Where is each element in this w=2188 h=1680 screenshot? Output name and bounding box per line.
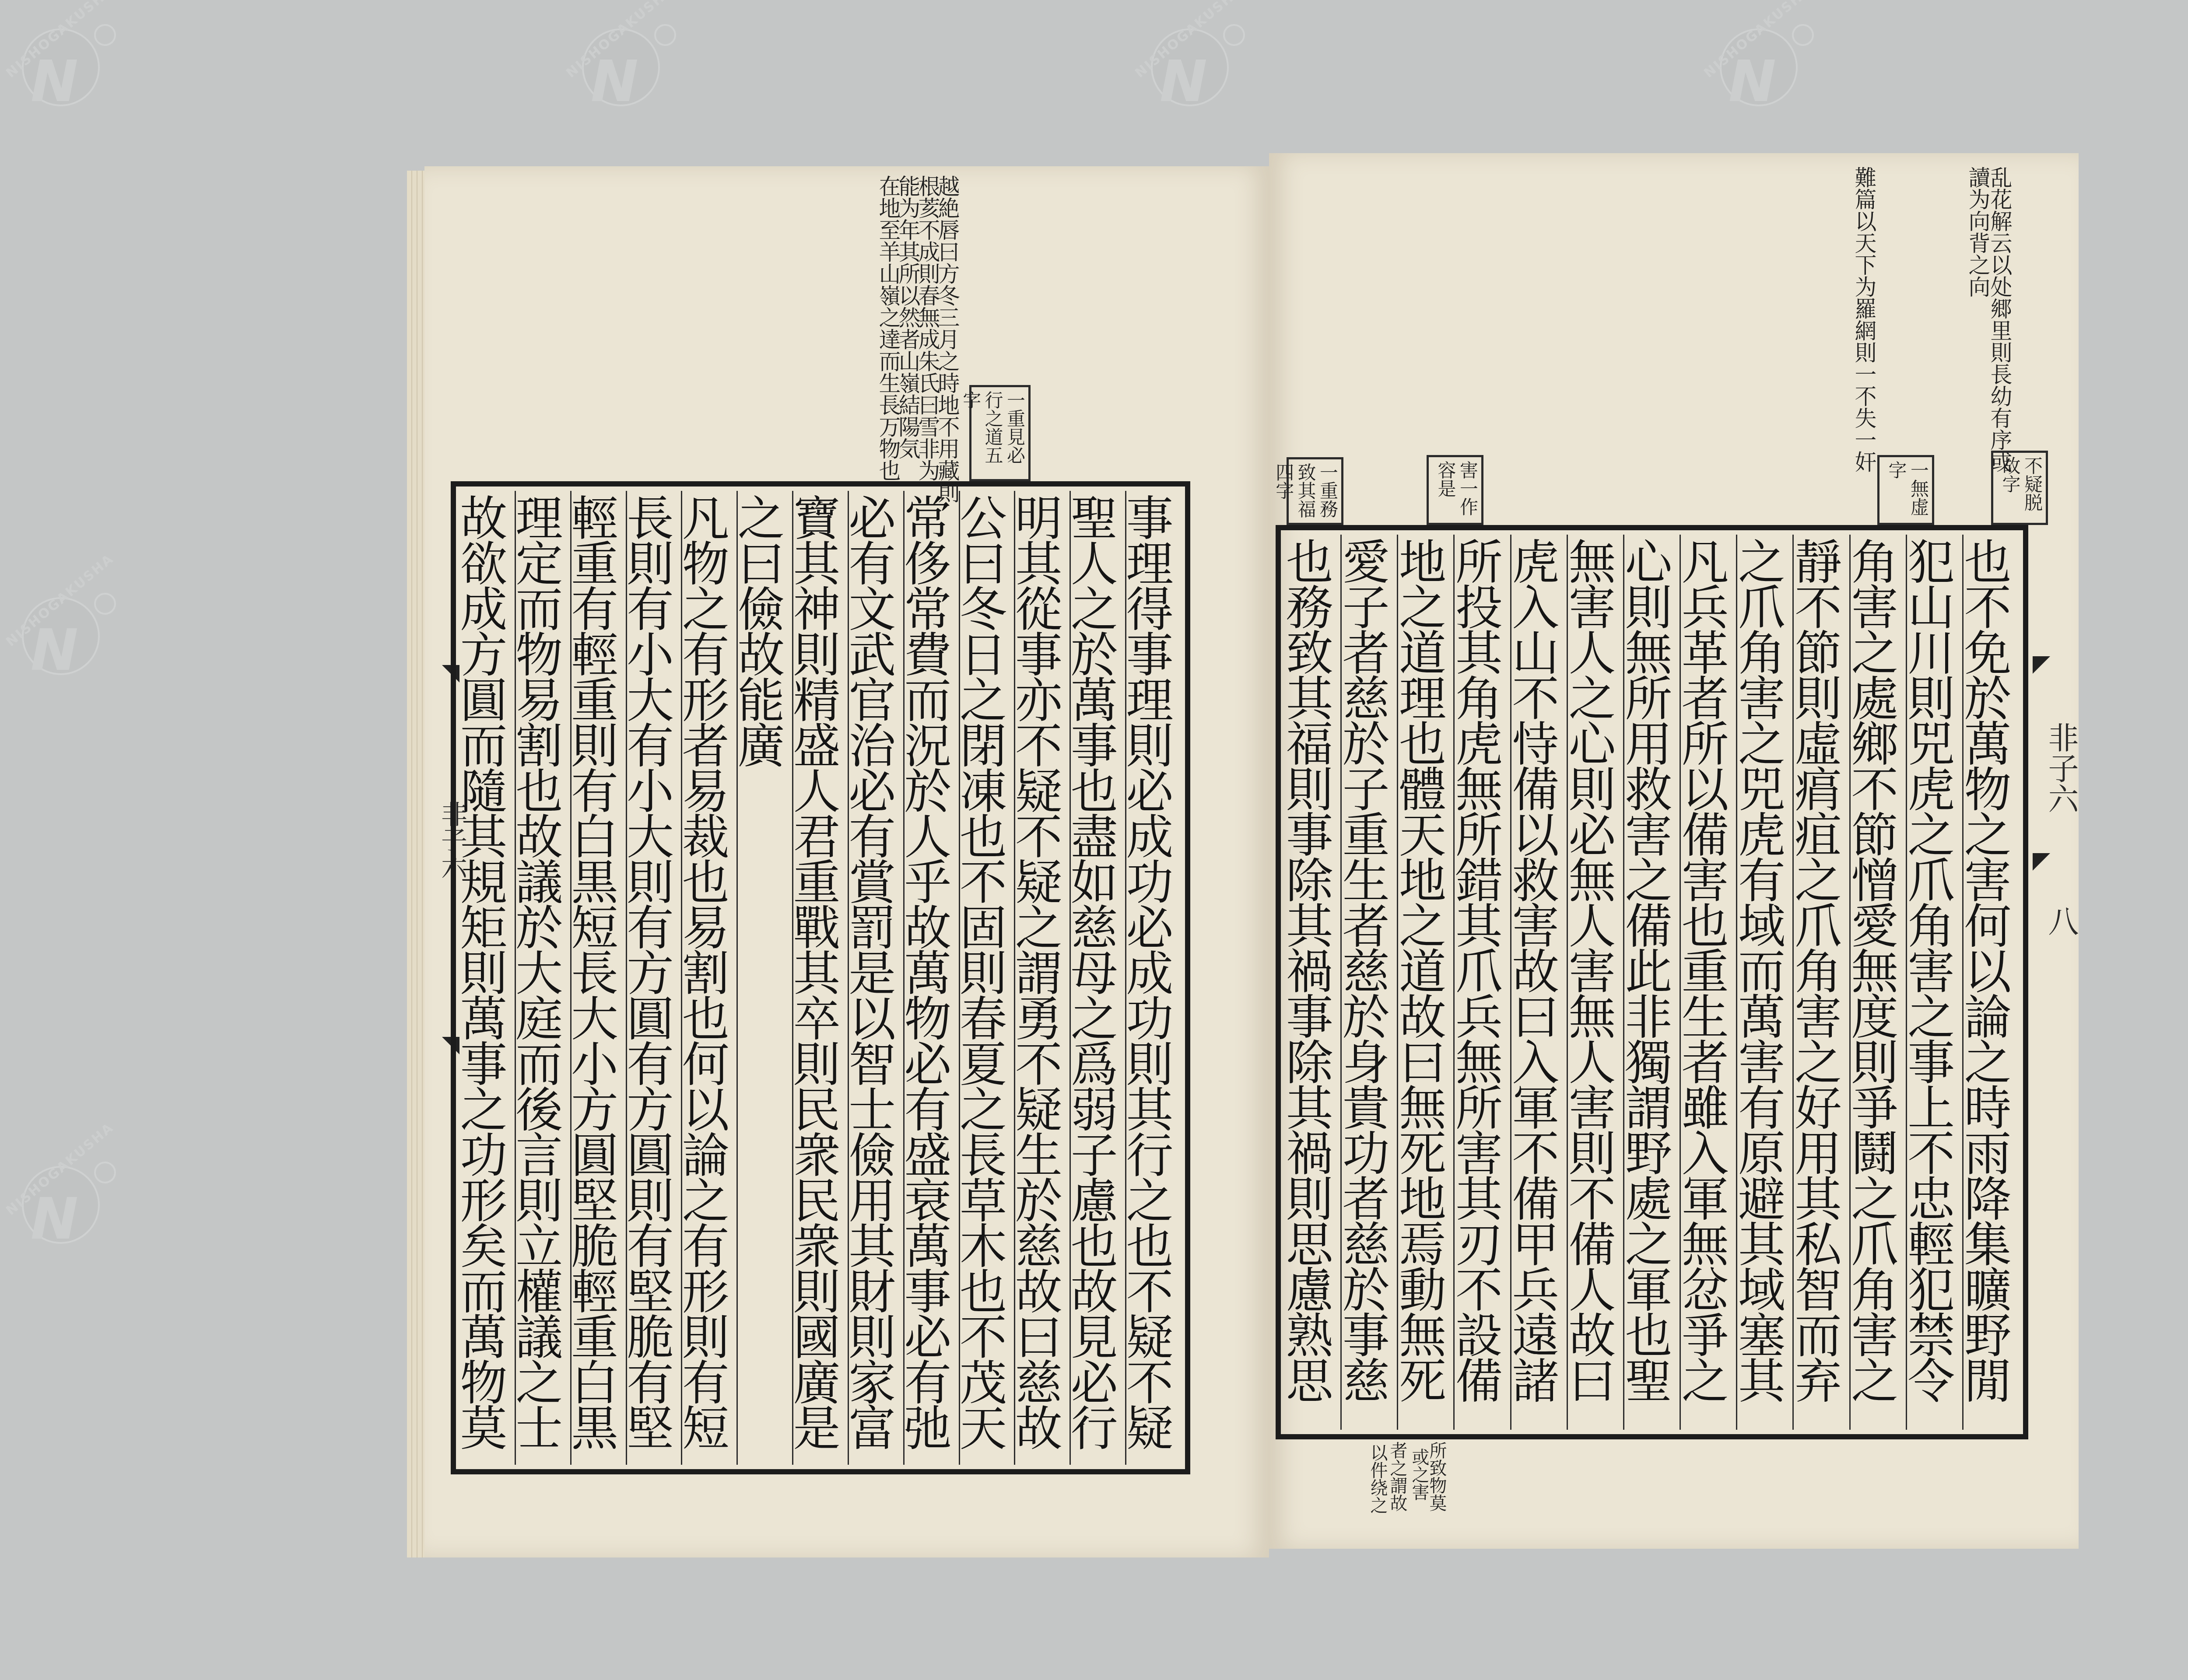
text-column: 犯山川則兕虎之爪角害之事上不忠輕犯禁令則刑法之爪 (1906, 535, 1962, 1430)
fish-tail-mark (2033, 656, 2050, 674)
text-column: 寶其神則精盛人君重戰其卒則民衆民衆則國廣是以舉 (792, 491, 848, 1465)
text-frame: 事理得事理則必成功必成功則其行之也不疑不疑之謂勇 聖人之於萬事也盡如慈母之爲弱子… (451, 481, 1190, 1474)
left-page: 非子六 越絶唇曰方冬三月之時地不用藏則 根荄不成則春無成朱氏曰雪非为 能为年其所… (424, 166, 1269, 1557)
open-book: 非子六 越絶唇曰方冬三月之時地不用藏則 根荄不成則春無成朱氏曰雪非为 能为年其所… (407, 140, 2131, 1557)
text-column: 之曰儉故能廣 (736, 491, 792, 1465)
text-column: 無害人之心則必無人害無人害則不備人故曰陸行不遇兕 (1567, 535, 1623, 1430)
text-column: 事理得事理則必成功必成功則其行之也不疑不疑之謂勇 (1125, 491, 1181, 1465)
text-column: 長則有小大有小大則有方圓有方圓則有堅脆有堅脆則有 (626, 491, 681, 1465)
fish-tail-mark (2033, 853, 2050, 871)
margin-note-box: 不疑脱故字 (1991, 451, 2048, 525)
bottom-annotation: 以件绕之 (1367, 1444, 1388, 1514)
watermark-logo: NNISHOGAKUSHA (0, 0, 114, 105)
margin-note-box: 一無虚字 (1877, 455, 1934, 525)
margin-note-box: 害一作容是 (1427, 455, 1483, 525)
text-column: 凡物之有形者易裁也易割也何以論之有形則有短長有短 (681, 491, 736, 1465)
watermark-logo: NNISHOGAKUSHA (560, 0, 674, 105)
text-column: 地之道理也體天地之道故曰無死地焉動無死地而謂之善攝生矣 (1397, 535, 1453, 1430)
right-fore-edge-label: 非子六 (2039, 722, 2083, 814)
text-column: 必有文武官治必有賞罰是以智士儉用其財則家富聖人愛 (848, 491, 903, 1465)
watermark-logo: NNISHOGAKUSHA (0, 1137, 114, 1242)
watermark-logo: NNISHOGAKUSHA (1698, 0, 1812, 105)
margin-note-box: 一重見必行之道五字 (969, 385, 1031, 481)
text-column: 公曰冬日之閉凍也不固則春夏之長草木也不茂天地不能 (959, 491, 1014, 1465)
text-column: 虎入山不恃備以救害故曰入軍不備甲兵遠諸害故曰兕無 (1510, 535, 1567, 1430)
text-column: 角害之處鄉不節憎愛無度則爭鬪之爪角害之嗜慾無限動 (1849, 535, 1906, 1430)
top-annotation: 讀为向背之向 (1965, 166, 1990, 297)
text-column: 也務致其福則事除其禍事除其禍則思慮熟思慮熟則得 (1285, 535, 1340, 1430)
top-annotation: 難篇以天下为羅網則一不失一奸 (1851, 166, 1876, 472)
text-column: 輕重有輕重則有白黒短長大小方圓堅脆輕重白黒之謂理 (570, 491, 626, 1465)
text-frame: 也不免於萬物之害何以論之時雨降集曠野閒靜而以昬晨 犯山川則兕虎之爪角害之事上不忠… (1276, 525, 2028, 1439)
top-annotation: 乱花解云以处郷里則長幼有序或 (1987, 166, 2012, 472)
text-column: 心則無所用救害之備此非獨謂野處之軍也聖人之遊世也 (1623, 535, 1680, 1430)
text-column: 也不免於萬物之害何以論之時雨降集曠野閒靜而以昬晨 (1962, 535, 2019, 1430)
text-column: 聖人之於萬事也盡如慈母之爲弱子慮也故見必行之道則 (1069, 491, 1125, 1465)
top-annotation: 在地至羊山嶺之達而生長万物也 (875, 175, 901, 481)
watermark-logo: NNISHOGAKUSHA (0, 569, 114, 674)
bottom-annotation: 或之害 (1409, 1448, 1429, 1501)
text-column: 明其從事亦不疑不疑之謂勇不疑生於慈故曰慈故能勇周 (1014, 491, 1069, 1465)
text-column: 故欲成方圓而隨其規矩則萬事之功形矣而萬物莫不有規 (460, 491, 515, 1465)
bottom-annotation: 所致物莫 (1427, 1442, 1447, 1512)
margin-note-box: 一重務致其福四字 (1287, 457, 1343, 525)
text-column: 愛子者慈於子重生者慈於身貴功者慈於事慈母之於弱子 (1340, 535, 1397, 1430)
page-number: 八 (2039, 906, 2083, 936)
text-column: 靜不節則虛㾓疽之爪角害之好用其私智而弃道理則網羅 (1792, 535, 1849, 1430)
text-column: 常侈常費而況於人乎故萬物必有盛衰萬事必有弛張國家 (903, 491, 959, 1465)
text-column: 之爪角害之兕虎有域而萬害有原避其域塞其原則免於諸害矣 (1736, 535, 1792, 1430)
watermark-logo: NNISHOGAKUSHA (1129, 0, 1243, 105)
text-column: 理定而物易割也故議於大庭而後言則立權議之士知之矣 (515, 491, 570, 1465)
bottom-annotation: 者之謂故 (1387, 1442, 1407, 1512)
text-column: 凡兵革者所以備害也重生者雖入軍無忿爭之心無忿爭之 (1680, 535, 1736, 1430)
text-column: 所投其角虎無所錯其爪兵無所害其刃不設備而必無害天 (1453, 535, 1510, 1430)
right-page: 乱花解云以处郷里則長幼有序或 讀为向背之向 難篇以天下为羅網則一不失一奸 不疑脱… (1269, 153, 2079, 1549)
